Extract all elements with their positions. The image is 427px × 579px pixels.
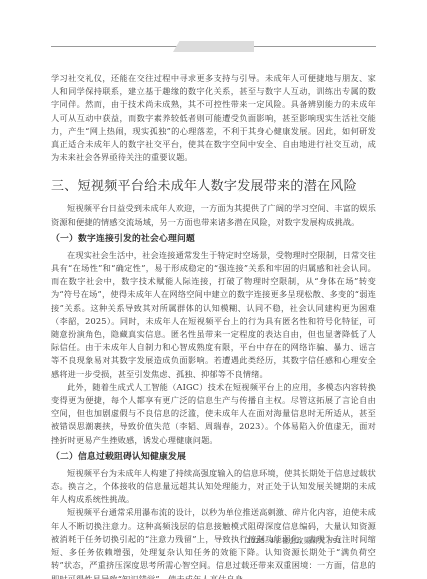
subsection-1-paragraph-1: 在现实社会生活中，社会连接通常发生于特定时空场景，受物理时空限制，日常交往具有“… <box>51 249 376 381</box>
subsection-2-title: （二）信息过载阻碍认知健康发展 <box>51 451 376 464</box>
subsection-1-paragraph-2: 此外，随着生成式人工智能（AIGC）技术在短视频平台上的应用，多模态内容转换变得… <box>51 381 376 447</box>
page-footer: 2025. 4 / 社会政策研究 / 91 <box>246 536 342 546</box>
section-intro-paragraph: 短视频平台日益受到未成年人欢迎，一方面为其提供了广阔的学习空间、丰富的娱乐资源和… <box>51 202 376 228</box>
header-tab-decoration <box>173 41 254 52</box>
section-title: 三、短视频平台给未成年人数字发展带来的潜在风险 <box>51 178 376 196</box>
article-body: 学习社交礼仪，还能在交往过程中寻求更多支持与引导。未成年人可便捷地与朋友、家人和… <box>51 72 376 579</box>
subsection-1-title: （一）数字连接引发的社会心理问题 <box>51 233 376 246</box>
subsection-2-paragraph-1: 短视频平台为未成年人构建了持续高强度输入的信息环境，使其长期处于信息过载状态。换… <box>51 467 376 507</box>
intro-paragraph: 学习社交礼仪，还能在交往过程中寻求更多支持与引导。未成年人可便捷地与朋友、家人和… <box>51 72 376 164</box>
